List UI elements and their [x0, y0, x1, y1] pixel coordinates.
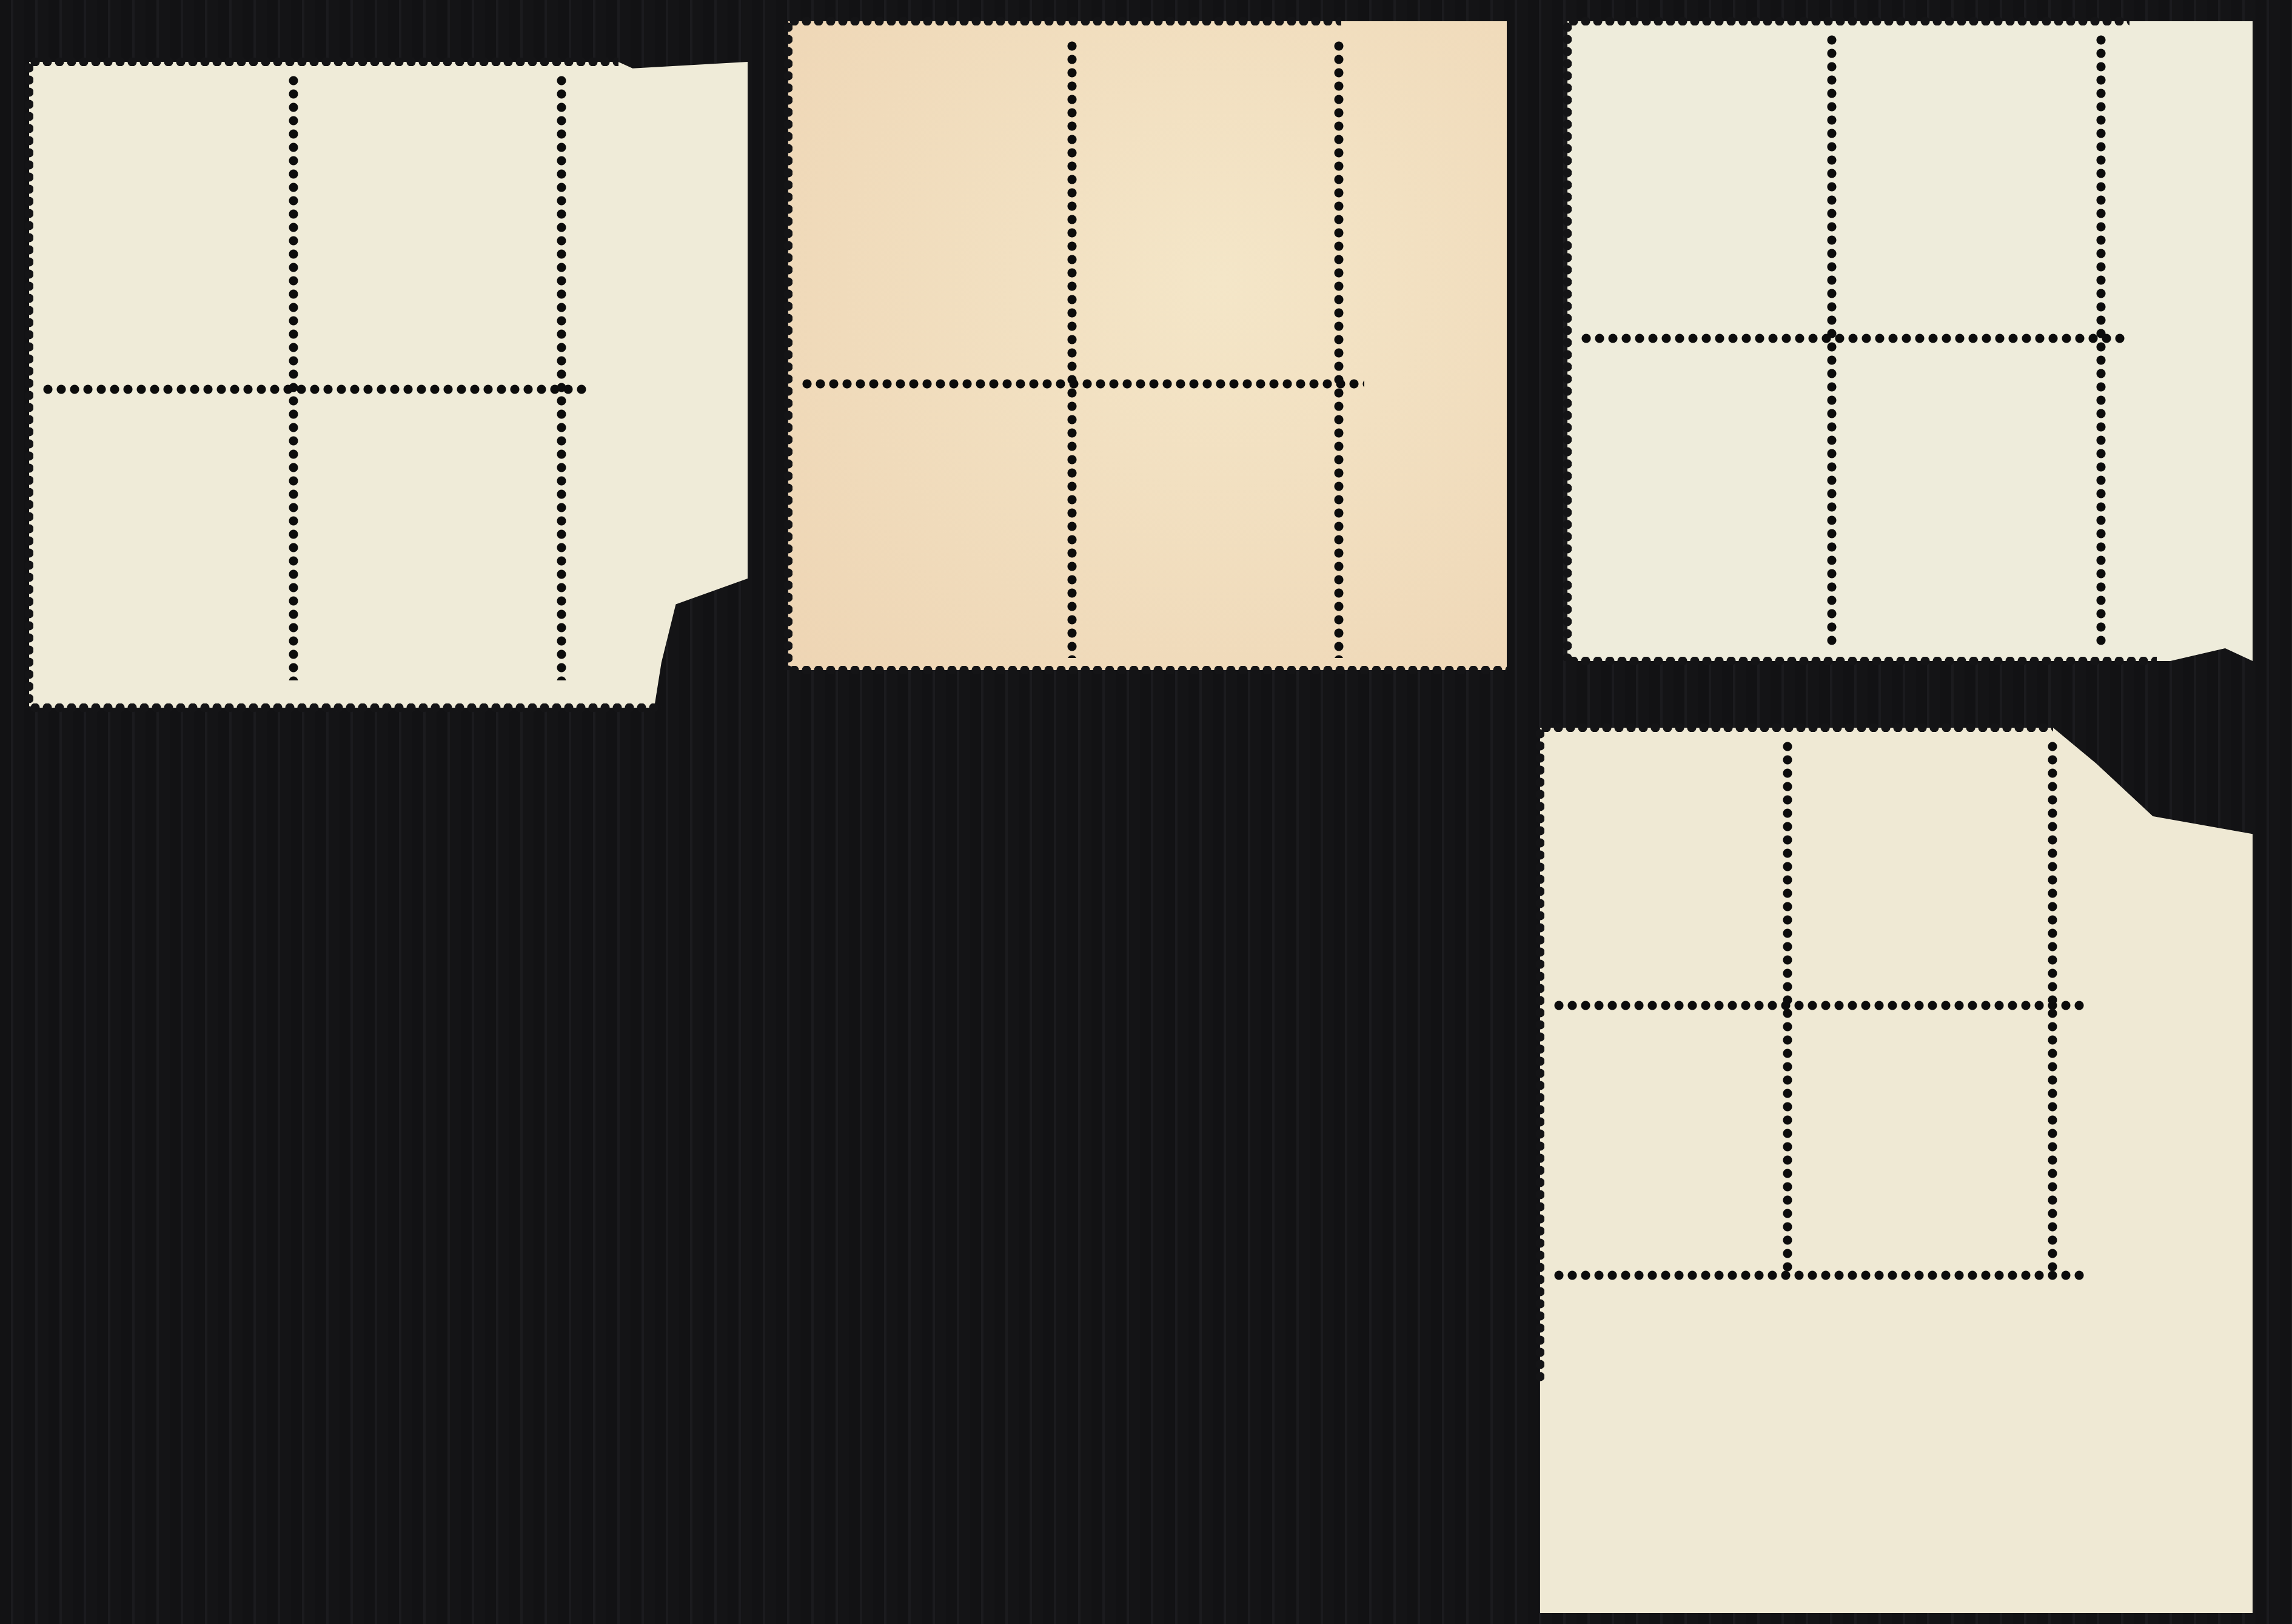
bottom-perforation-edge: [788, 666, 1507, 674]
horizontal-perforation: [1580, 334, 2125, 343]
left-perforation-edge: [25, 62, 33, 708]
vertical-perforation: [557, 74, 566, 680]
bottom-perforation-edge: [29, 703, 662, 712]
bottom-perforation-edge: [1567, 657, 2157, 665]
stamp-block-4: [1540, 728, 2253, 1613]
left-perforation-edge: [784, 21, 792, 670]
left-perforation-edge: [1563, 21, 1572, 661]
stamp-block-3: [1567, 21, 2253, 661]
horizontal-perforation: [1552, 1001, 2086, 1010]
top-perforation-edge: [788, 17, 1341, 25]
stamp-paper: [1540, 728, 2253, 1613]
vertical-perforation: [289, 74, 298, 680]
stamp-block-2: [788, 21, 1507, 670]
horizontal-perforation: [800, 379, 1364, 389]
stamp-paper: [788, 21, 1507, 670]
horizontal-perforation: [41, 384, 587, 394]
vertical-perforation: [1067, 39, 1077, 658]
vertical-perforation: [1334, 39, 1344, 658]
top-perforation-edge: [29, 58, 618, 66]
horizontal-perforation: [1552, 1270, 2086, 1280]
top-perforation-edge: [1540, 723, 2053, 732]
top-perforation-edge: [1567, 17, 2129, 25]
left-perforation-edge: [1536, 728, 1544, 1383]
stamp-block-1: [29, 62, 748, 708]
